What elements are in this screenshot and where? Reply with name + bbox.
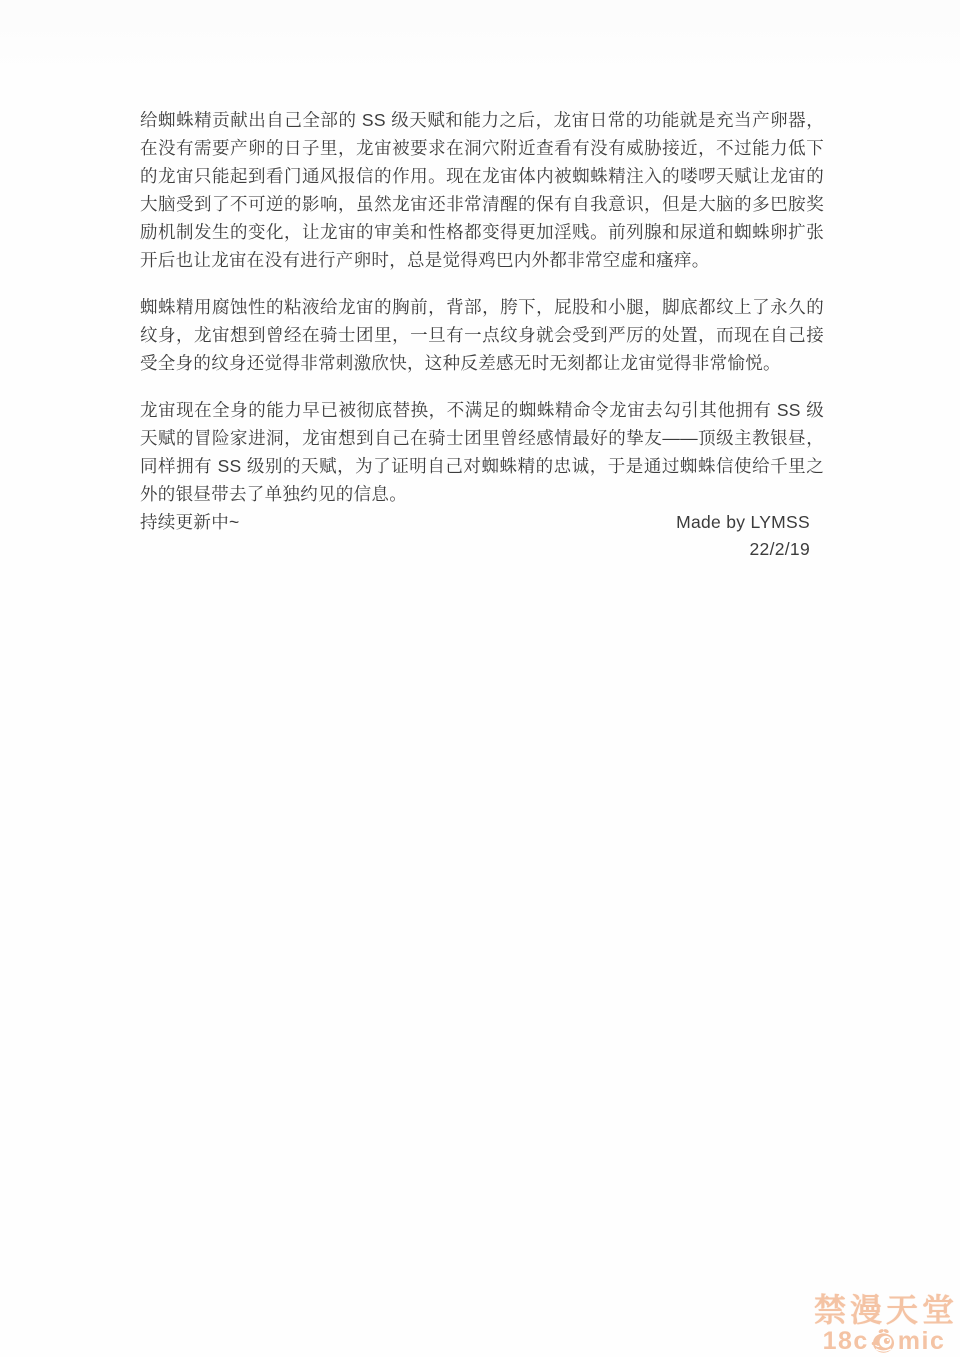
watermark-site-id: 18c mic bbox=[814, 1327, 954, 1354]
paragraph-2: 蜘蛛精用腐蚀性的粘液给龙宙的胸前，背部，胯下，屁股和小腿，脚底都纹上了永久的纹身… bbox=[140, 293, 824, 377]
whale-icon bbox=[870, 1327, 897, 1354]
footer-row: 持续更新中~ Made by LYMSS bbox=[140, 508, 824, 536]
paragraph-1: 给蜘蛛精贡献出自己全部的 SS 级天赋和能力之后，龙宙日常的功能就是充当产卵器，… bbox=[140, 106, 824, 274]
watermark-id-suffix: mic bbox=[898, 1328, 946, 1354]
scanned-document-page: 给蜘蛛精贡献出自己全部的 SS 级天赋和能力之后，龙宙日常的功能就是充当产卵器，… bbox=[0, 0, 960, 1357]
date-text: 22/2/19 bbox=[750, 539, 811, 559]
watermark-id-prefix: 18c bbox=[823, 1328, 869, 1354]
paragraph-3: 龙宙现在全身的能力早已被彻底替换，不满足的蜘蛛精命令龙宙去勾引其他拥有 SS 级… bbox=[140, 396, 824, 508]
footer-date-row: 22/2/19 bbox=[140, 536, 824, 563]
site-watermark: 禁漫天堂 18c mic bbox=[814, 1294, 954, 1354]
credit-text: Made by LYMSS bbox=[676, 508, 824, 536]
update-status-text: 持续更新中~ bbox=[140, 508, 240, 536]
text-block: 给蜘蛛精贡献出自己全部的 SS 级天赋和能力之后，龙宙日常的功能就是充当产卵器，… bbox=[140, 106, 824, 563]
watermark-site-name: 禁漫天堂 bbox=[814, 1294, 958, 1327]
